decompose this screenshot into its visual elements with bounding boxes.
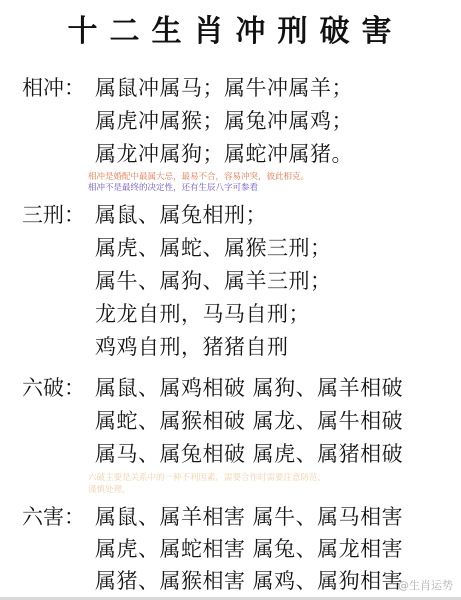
xing-line-4: 龙龙自刑，马马自刑； (95, 298, 310, 331)
xing-line-5: 鸡鸡自刑，猪猪自刑 (95, 331, 289, 364)
chong-note-1: 相冲是婚配中最属大忌，最易不合，容易冲突，彼此相克。 (88, 172, 309, 183)
chong-note-2: 相冲不是最终的决定性，还有生辰八字可参看 (88, 183, 258, 194)
hai-line-3: 属猪、属猴相害 属鸡、属狗相害 (95, 565, 403, 598)
po-note-2: 谨慎处理。 (88, 485, 131, 496)
po-line-2: 属蛇、属猴相破 属龙、属牛相破 (95, 405, 403, 438)
hai-line-1: 属鼠、属羊相害 属牛、属马相害 (95, 501, 403, 534)
chong-line-3: 属龙冲属狗；属蛇冲属猪。 (95, 138, 353, 171)
section-label-xing: 三刑： (22, 199, 85, 232)
po-line-1: 属鼠、属鸡相破 属狗、属羊相破 (95, 372, 403, 405)
chong-line-1: 属鼠冲属马；属牛冲属羊； (95, 72, 353, 105)
section-label-chong: 相冲： (22, 72, 85, 105)
section-label-po: 六破： (22, 372, 85, 405)
chong-line-2: 属虎冲属猴；属兔冲属鸡； (95, 105, 353, 138)
po-note-1: 六破主要是关系中的一种不利因素，需要合作时需要注意防范， (88, 473, 326, 484)
xing-line-2: 属虎、属蛇、属猴三刑； (95, 232, 332, 265)
page-title: 十二生肖冲刑破害 (0, 6, 461, 50)
section-label-hai: 六害： (22, 501, 85, 534)
xing-line-1: 属鼠、属兔相刑； (95, 199, 267, 232)
xing-line-3: 属牛、属狗、属羊三刑； (95, 265, 332, 298)
watermark: @生肖运势 (398, 577, 453, 593)
hai-line-2: 属虎、属蛇相害 属兔、属龙相害 (95, 533, 403, 566)
po-line-3: 属马、属兔相破 属虎、属猪相破 (95, 438, 403, 471)
